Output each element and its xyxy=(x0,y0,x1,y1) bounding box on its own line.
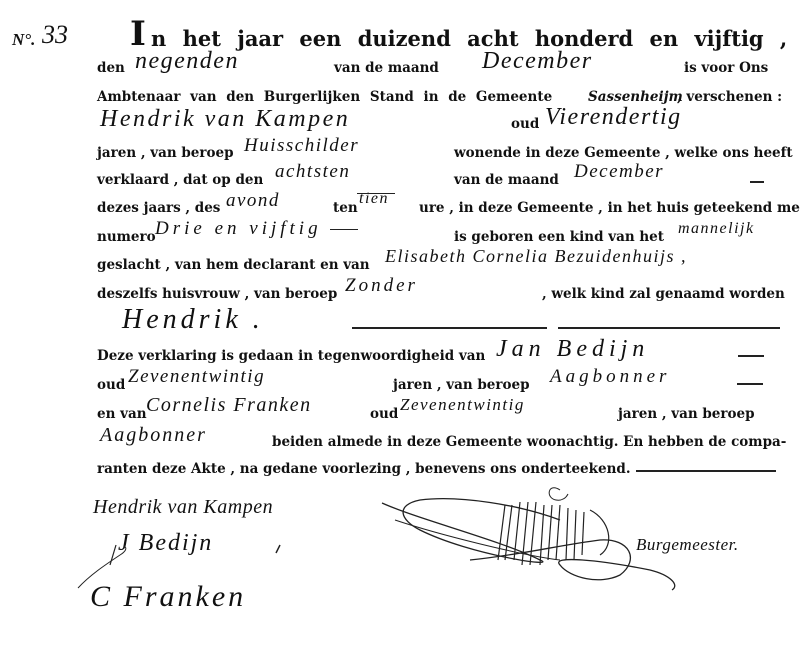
official-title-burgemeester: Burgemeester. xyxy=(636,535,739,555)
birth-certificate-page: N°. 33 I n het jaar een duizend acht hon… xyxy=(0,0,800,650)
